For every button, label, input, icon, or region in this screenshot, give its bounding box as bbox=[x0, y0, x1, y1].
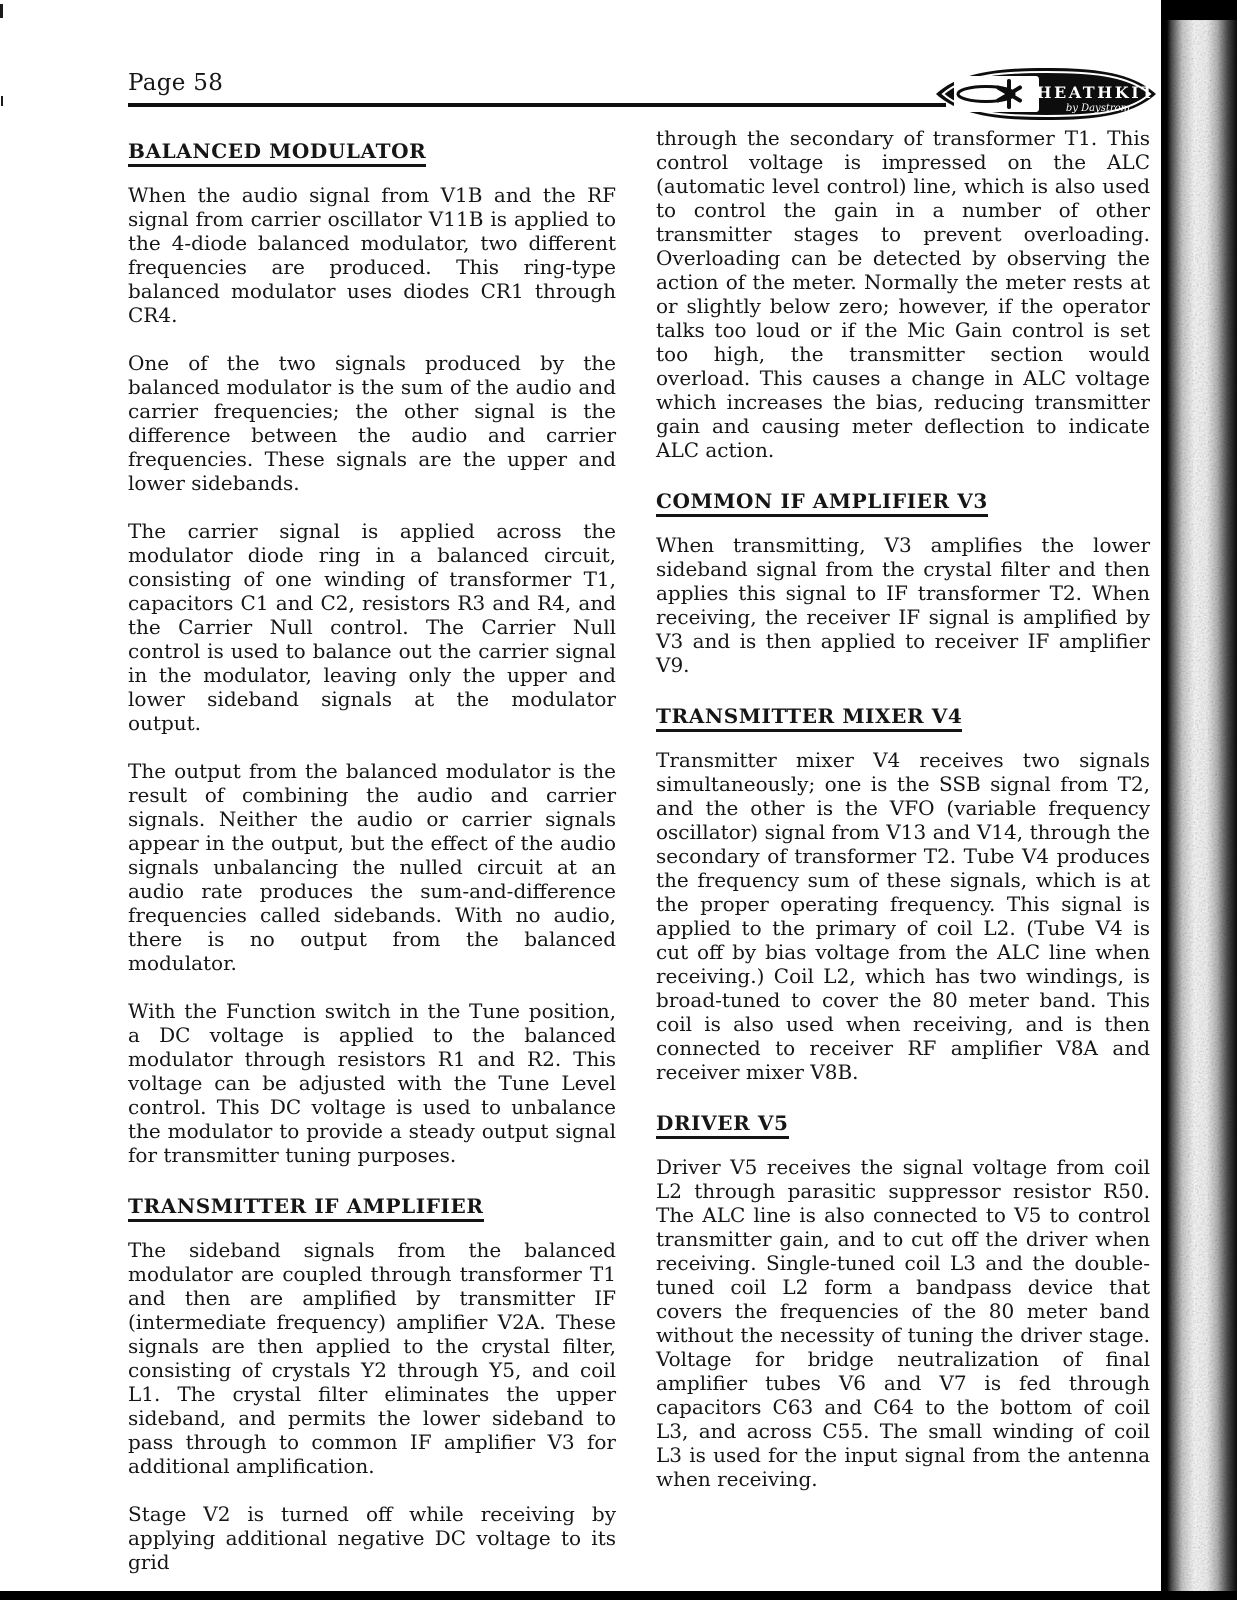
page-number: Page 58 bbox=[128, 70, 223, 96]
paragraph: One of the two signals produced by the b… bbox=[128, 351, 616, 495]
header-rule bbox=[128, 103, 946, 107]
section-balanced-modulator: BALANCED MODULATOR When the audio signal… bbox=[128, 136, 616, 1167]
heathkit-logo: HEATHKIT by Daystrom bbox=[933, 64, 1159, 124]
heathkit-logo-graphic: HEATHKIT by Daystrom bbox=[933, 64, 1159, 124]
scan-binding-edge bbox=[1161, 0, 1237, 1600]
left-column: BALANCED MODULATOR When the audio signal… bbox=[128, 136, 616, 1598]
section-heading: TRANSMITTER MIXER V4 bbox=[656, 705, 962, 732]
paragraph: When the audio signal from V1B and the R… bbox=[128, 183, 616, 327]
paragraph: The output from the balanced modulator i… bbox=[128, 759, 616, 975]
scan-grain-texture bbox=[1161, 0, 1237, 1600]
section-heading: COMMON IF AMPLIFIER V3 bbox=[656, 490, 988, 517]
scan-speck bbox=[1, 96, 3, 106]
section-driver-v5: DRIVER V5 Driver V5 receives the signal … bbox=[656, 1108, 1150, 1491]
scan-bottom-edge bbox=[0, 1591, 1237, 1600]
paragraph: The carrier signal is applied across the… bbox=[128, 519, 616, 735]
logo-byline-text: by Daystrom bbox=[1066, 103, 1130, 114]
scan-speck bbox=[0, 4, 3, 18]
paragraph: With the Function switch in the Tune pos… bbox=[128, 999, 616, 1167]
section-transmitter-if-amplifier: TRANSMITTER IF AMPLIFIER The sideband si… bbox=[128, 1191, 616, 1574]
logo-panel bbox=[954, 76, 1039, 112]
section-continuation: through the secondary of transformer T1.… bbox=[656, 126, 1150, 462]
section-common-if-amplifier-v3: COMMON IF AMPLIFIER V3 When transmitting… bbox=[656, 486, 1150, 677]
section-heading: TRANSMITTER IF AMPLIFIER bbox=[128, 1195, 484, 1222]
right-column: through the secondary of transformer T1.… bbox=[656, 126, 1150, 1515]
document-page: Page 58 HEATHKIT by Daystrom bbox=[0, 0, 1237, 1600]
paragraph: Driver V5 receives the signal voltage fr… bbox=[656, 1155, 1150, 1491]
paragraph: When transmitting, V3 amplifies the lowe… bbox=[656, 533, 1150, 677]
paragraph: through the secondary of transformer T1.… bbox=[656, 126, 1150, 462]
section-heading: DRIVER V5 bbox=[656, 1112, 789, 1139]
paragraph: The sideband signals from the balanced m… bbox=[128, 1238, 616, 1478]
paragraph: Transmitter mixer V4 receives two signal… bbox=[656, 748, 1150, 1084]
section-transmitter-mixer-v4: TRANSMITTER MIXER V4 Transmitter mixer V… bbox=[656, 701, 1150, 1084]
section-heading: BALANCED MODULATOR bbox=[128, 140, 426, 167]
logo-brand-text: HEATHKIT bbox=[1036, 83, 1155, 102]
paragraph: Stage V2 is turned off while receiving b… bbox=[128, 1502, 616, 1574]
